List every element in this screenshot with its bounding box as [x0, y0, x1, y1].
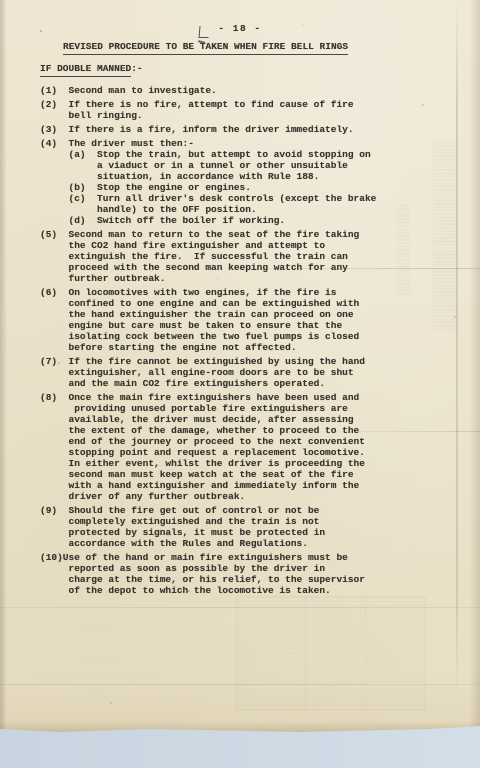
- procedure-item-text: (6) On locomotives with two engines, if …: [40, 287, 450, 353]
- paper-specks: [40, 30, 42, 32]
- document-page: - 18 - REVISED PROCEDURE TO BE TAKEN WHE…: [0, 0, 480, 733]
- procedure-list: (1) Second man to investigate.(2) If the…: [40, 85, 450, 599]
- procedure-item-text: (9) Should the fire get out of control o…: [40, 505, 450, 549]
- procedure-item: (4) The driver must then:-(a) Stop the t…: [40, 138, 450, 226]
- procedure-item-text: (4) The driver must then:-: [40, 138, 450, 149]
- procedure-item: (2) If there is no fire, attempt to find…: [40, 99, 450, 121]
- procedure-subitem: (c) Turn all driver's desk controls (exc…: [69, 193, 451, 215]
- paper-edge-shadow-bottom: [0, 721, 480, 733]
- procedure-item-text: (10)Use of the hand or main fire extingu…: [40, 552, 450, 596]
- crease-line: [210, 268, 480, 269]
- procedure-item: (5) Second man to return to the seat of …: [40, 229, 450, 284]
- showthrough-table: [236, 596, 426, 710]
- procedure-item: (10)Use of the hand or main fire extingu…: [40, 552, 450, 596]
- crease-line: [300, 431, 480, 432]
- procedure-item-text: (8) Once the main fire extinguishers hav…: [40, 392, 450, 502]
- procedure-item-text: (7) If the fire cannot be extinguished b…: [40, 356, 450, 389]
- procedure-item-text: (5) Second man to return to the seat of …: [40, 229, 450, 284]
- page-number: - 18 -: [0, 23, 480, 34]
- procedure-item: (9) Should the fire get out of control o…: [40, 505, 450, 549]
- crease-line: [0, 684, 480, 685]
- fold-line: [456, 0, 458, 700]
- section-heading: IF DOUBLE MANNED:-: [40, 63, 143, 74]
- paper-edge-shadow-left: [0, 0, 7, 733]
- procedure-item-text: (2) If there is no fire, attempt to find…: [40, 99, 450, 121]
- document-title: REVISED PROCEDURE TO BE TAKEN WHEN FIRE …: [63, 41, 348, 52]
- procedure-item-text: (3) If there is a fire, inform the drive…: [40, 124, 450, 135]
- procedure-item: (3) If there is a fire, inform the drive…: [40, 124, 450, 135]
- procedure-subitem: (d) Switch off the boiler if working.: [69, 215, 451, 226]
- procedure-subitem: (a) Stop the train, but attempt to avoid…: [69, 149, 451, 182]
- section-heading-text: IF DOUBLE MANNED: [40, 63, 131, 77]
- section-heading-suffix: :-: [131, 63, 142, 74]
- procedure-item: (7) If the fire cannot be extinguished b…: [40, 356, 450, 389]
- procedure-subitem-list: (a) Stop the train, but attempt to avoid…: [69, 149, 451, 226]
- scan-background: - 18 - REVISED PROCEDURE TO BE TAKEN WHE…: [0, 0, 480, 768]
- procedure-item: (1) Second man to investigate.: [40, 85, 450, 96]
- document-title-text: REVISED PROCEDURE TO BE TAKEN WHEN FIRE …: [63, 41, 348, 55]
- procedure-item: (6) On locomotives with two engines, if …: [40, 287, 450, 353]
- procedure-item-text: (1) Second man to investigate.: [40, 85, 450, 96]
- crease-line: [0, 607, 480, 608]
- procedure-item: (8) Once the main fire extinguishers hav…: [40, 392, 450, 502]
- paper-edge-shadow-right: [469, 0, 480, 733]
- procedure-subitem: (b) Stop the engine or engines.: [69, 182, 451, 193]
